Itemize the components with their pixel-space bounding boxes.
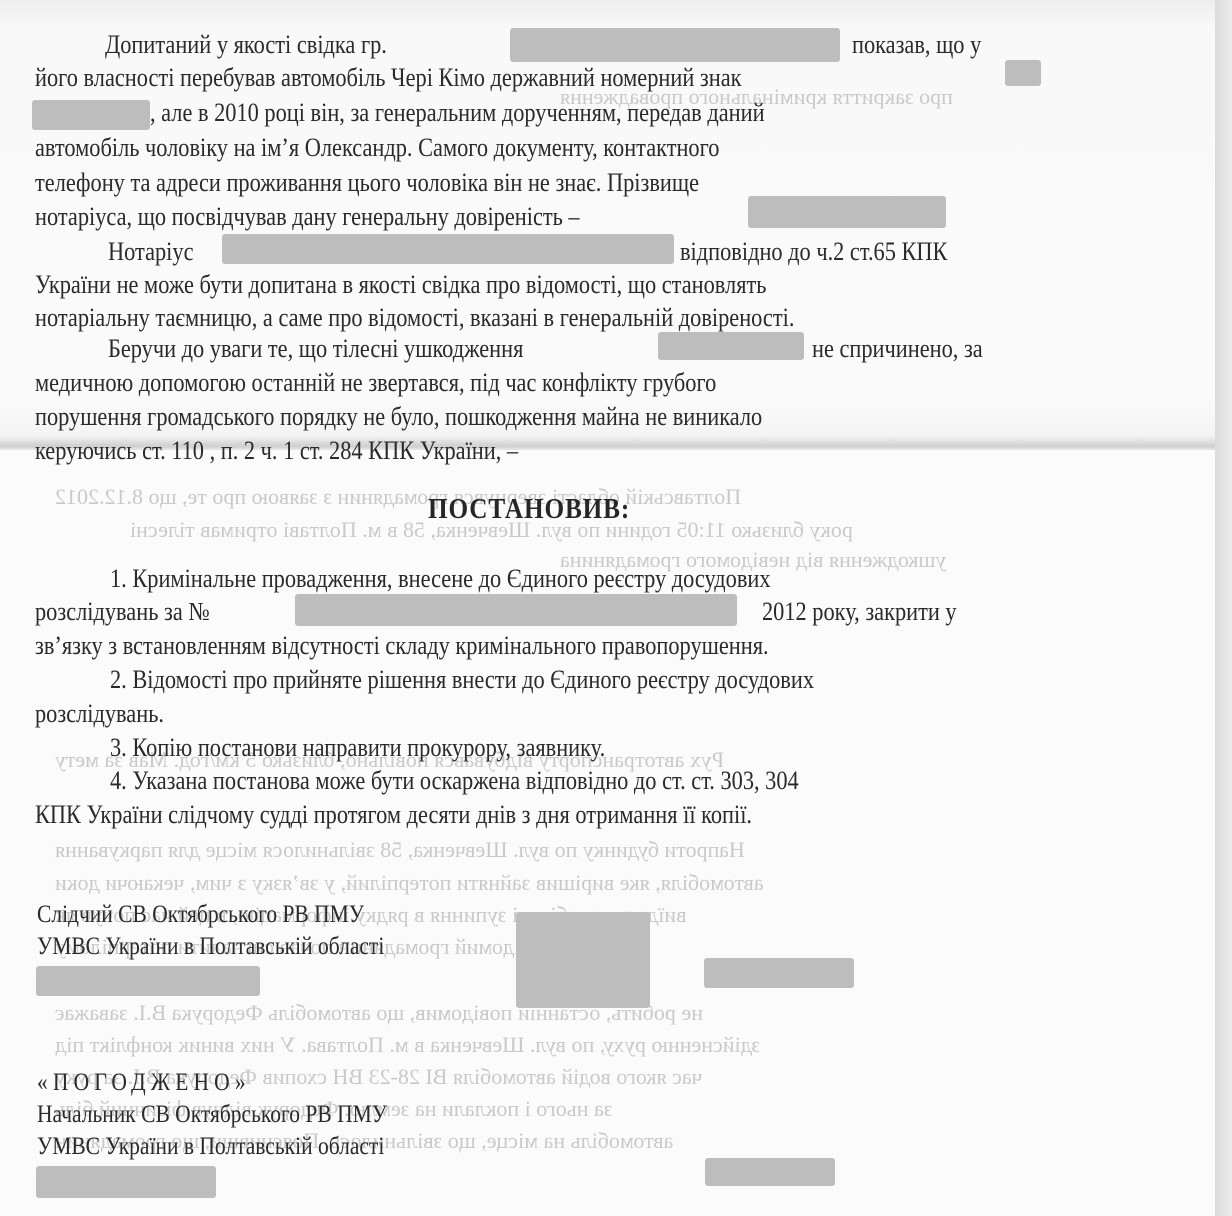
bleed-through-line: Напроти будинку по вул. Шевченка, 58 зві… xyxy=(55,835,745,865)
paragraph-1-line-1a: Допитаний у якості свідка гр. xyxy=(105,30,387,60)
redacted-plate-part-1 xyxy=(1005,60,1041,86)
paragraph-3-line-2: медичною допомогою останній не звертався… xyxy=(35,368,716,398)
redacted-investigator-name xyxy=(36,966,260,996)
paragraph-3-line-3: порушення громадського порядку не було, … xyxy=(35,402,762,432)
paragraph-3-line-1a: Беручи до уваги те, що тілесні ушкодженн… xyxy=(108,334,523,364)
item-4-line-1: 4. Указана постанова може бути оскаржена… xyxy=(110,766,799,796)
redacted-notary-name xyxy=(748,196,946,228)
redacted-chief-signature xyxy=(705,1158,835,1186)
paragraph-1-line-2: його власності перебував автомобіль Чері… xyxy=(35,63,742,93)
scan-edge xyxy=(1215,0,1232,1216)
paragraph-2-line-3: нотаріальну таємницю, а саме про відомос… xyxy=(35,303,794,333)
item-1-line-2a: розслідувань за № xyxy=(35,597,210,627)
redacted-case-number xyxy=(295,594,737,626)
investigator-title-line-1: Слідчий СВ Октябрського РВ ПМУ xyxy=(37,900,364,930)
paragraph-1-line-4: автомобіль чоловіку на ім’я Олександр. С… xyxy=(35,133,719,163)
redacted-victim-name xyxy=(658,332,804,360)
item-2-line-1: 2. Відомості про прийняте рішення внести… xyxy=(110,665,814,695)
paragraph-2-line-2: України не може бути допитана в якості с… xyxy=(35,270,766,300)
bleed-through-line: здійсненню руху, по вул. Шевченка в м. П… xyxy=(55,1030,760,1060)
item-2-line-2: розслідувань. xyxy=(35,699,164,729)
item-1-line-1: 1. Кримінальне провадження, внесене до Є… xyxy=(110,564,771,594)
paragraph-1-line-3: , але в 2010 році він, за генеральним до… xyxy=(150,98,765,128)
resolution-title: ПОСТАНОВИВ: xyxy=(428,494,630,526)
paragraph-3-line-1b: не спричинено, за xyxy=(812,334,983,364)
redacted-plate-part-2 xyxy=(32,100,150,130)
paragraph-2-line-1b: відповідно до ч.2 ст.65 КПК xyxy=(680,237,947,267)
investigator-title-line-2: УМВС України в Полтавській області xyxy=(37,932,384,962)
approval-title-line-2: УМВС України в Полтавській області xyxy=(37,1132,384,1162)
bleed-through-line: Полтавській області звернувся громадянин… xyxy=(55,482,741,512)
bleed-through-line: автомобіля, яке вирішив зайняти потерпіл… xyxy=(55,868,764,898)
item-1-line-3: зв’язку з встановленням відсутності скла… xyxy=(35,631,769,661)
redacted-date xyxy=(704,958,854,988)
approval-title-line-1: Начальник СВ Октябрського РВ ПМУ xyxy=(37,1100,387,1130)
item-4-line-2: КПК України слідчому судді протягом деся… xyxy=(35,800,752,830)
item-3-line-1: 3. Копію постанови направити прокурору, … xyxy=(110,733,605,763)
paragraph-1-line-5: телефону та адреси проживання цього чоло… xyxy=(35,168,699,198)
paragraph-1-line-1b: показав, що у xyxy=(852,30,981,60)
redacted-notary-name-2 xyxy=(222,234,674,264)
paragraph-1-line-6: нотаріуса, що посвідчував дану генеральн… xyxy=(35,202,580,232)
item-1-line-2b: 2012 року, закрити у xyxy=(762,597,957,627)
paragraph-2-line-1a: Нотаріус xyxy=(108,237,194,267)
approval-stamp: «ПОГОДЖЕНО» xyxy=(37,1068,251,1098)
redacted-chief-name xyxy=(36,1166,216,1198)
redacted-signature xyxy=(516,912,650,1008)
redacted-witness-name xyxy=(510,28,840,62)
paragraph-3-line-4: керуючись ст. 110 , п. 2 ч. 1 ст. 284 КП… xyxy=(35,436,518,466)
